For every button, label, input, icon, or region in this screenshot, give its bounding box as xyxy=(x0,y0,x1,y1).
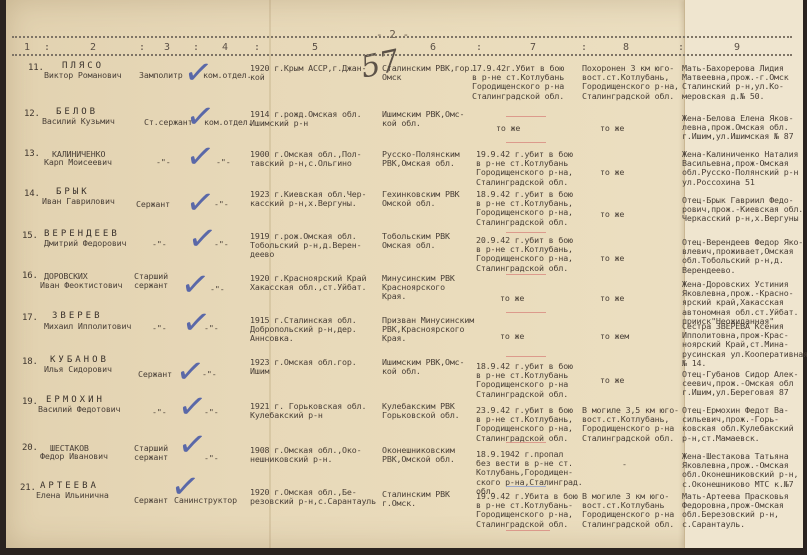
position: ком.отдел. xyxy=(203,71,251,80)
birth-info: 1920 г.Крым АССР,г.Джан- кой xyxy=(250,64,366,82)
red-underline xyxy=(506,530,550,531)
burial-place: то же xyxy=(600,294,624,303)
fate: 18.9.42 г.убит в бою в р-не ст.Котлубань… xyxy=(476,362,573,399)
given-names: Федор Иванович xyxy=(40,452,108,461)
burial-place: Похоронен 3 км юго- вост.ст.Котлубань, Г… xyxy=(582,64,679,101)
rank: -"- xyxy=(156,158,171,167)
column-number-6: 6 xyxy=(430,42,436,53)
checkmark-icon: ✓ xyxy=(184,184,217,222)
birth-info: 1919 г.рож.Омская обл. Тобольский р-н,д.… xyxy=(250,232,361,260)
birth-info: 1915 г.Сталинская обл. Добропольский р-н… xyxy=(250,316,357,344)
burial-place: то же xyxy=(600,210,624,219)
fate: 18.9.1942 г.пропал без вести в р-не ст. … xyxy=(476,450,583,496)
given-names: Василий Кузьмич xyxy=(42,117,115,126)
fate: 23.9.42 г.убит в бою в р-не ст.Котлубань… xyxy=(476,406,573,443)
next-of-kin: Мать-Артеева Прасковья Федоровна,прож-Ом… xyxy=(682,492,789,529)
given-names: Василий Федотович xyxy=(38,405,120,414)
header-rule-top xyxy=(12,36,792,38)
position: -"- xyxy=(216,158,231,167)
given-names: Михаил Ипполитович xyxy=(44,322,131,331)
birth-info: 1914 г.рожд.Омская обл. Ишимский р-н xyxy=(250,110,361,128)
draft-office: Сталинским РВК г.Омск. xyxy=(382,490,450,508)
given-names: Виктор Романович xyxy=(44,71,122,80)
given-names: Карп Моисеевич xyxy=(44,158,112,167)
next-of-kin: Отец-Губанов Сидор Алек- сеевич,прож.-Ом… xyxy=(682,370,798,398)
document-sheet: - 2 - 57 1 : 2 : 3 : 4 : 5 6 : 7 : 8 : 9… xyxy=(6,0,796,548)
draft-office: Тобольским РВК Омская обл. xyxy=(382,232,450,250)
position: -"- xyxy=(204,408,219,417)
record-number: 11. xyxy=(28,64,44,73)
fate: 17.9.42г.Убит в бою в р-не ст.Котлубань … xyxy=(472,64,564,101)
record-number: 19. xyxy=(22,398,38,407)
checkmark-icon: ✓ xyxy=(179,266,212,304)
fate: 19.9.42 г.Убита в бою в р-не ст.Котлубан… xyxy=(476,492,578,529)
rank: Сержант xyxy=(134,496,168,505)
position: Санинструктор xyxy=(174,496,237,505)
burial-place: то же xyxy=(600,376,624,385)
next-of-kin: Жена-Белова Елена Яков- левна,прож.Омска… xyxy=(682,114,793,142)
record-number: 15. xyxy=(22,232,38,241)
blue-underline xyxy=(506,486,546,487)
checkmark-icon: ✓ xyxy=(184,138,217,176)
fate: 20.9.42 г.убит в бою в р-не ст.Котлубань… xyxy=(476,236,573,273)
record-number: 16. xyxy=(22,272,38,281)
record-number: 13. xyxy=(24,150,40,159)
birth-info: 1920 г.Красноярский Край Хакасская обл.,… xyxy=(250,274,366,292)
record-number: 17. xyxy=(22,314,38,323)
column-number-1: 1 xyxy=(24,42,30,53)
rank: Старший сержант xyxy=(134,272,168,290)
column-number-5: 5 xyxy=(312,42,318,53)
red-underline xyxy=(506,442,546,443)
rank: -"- xyxy=(152,240,167,249)
draft-office: Русско-Полянским РВК,Омская обл. xyxy=(382,150,460,168)
record-number: 18. xyxy=(22,358,38,367)
column-separator: : xyxy=(44,42,50,53)
draft-office: Ишимским РВК,Омс- кой обл. xyxy=(382,110,464,128)
rank: Замполитр xyxy=(139,71,183,80)
position: -"- xyxy=(210,285,225,294)
column-separator: : xyxy=(476,42,482,53)
position: -"- xyxy=(202,370,217,379)
draft-office: Гехинковским РВК Омской обл. xyxy=(382,190,460,208)
draft-office: Сталинским РВК,гор. Омск xyxy=(382,64,474,82)
draft-office: Кулебакским РВК Горьковской обл. xyxy=(382,402,460,420)
burial-place: то же xyxy=(600,168,624,177)
position: -"- xyxy=(204,324,219,333)
fate: то же xyxy=(500,294,524,303)
header-rule-bottom xyxy=(12,54,792,56)
next-of-kin: Жена-Шестакова Татьяна Яковлевна,прож.-О… xyxy=(682,452,798,489)
next-of-kin: Мать-Бахорерова Лидия Матвеевна,прож.-г.… xyxy=(682,64,789,101)
red-underline xyxy=(506,116,546,117)
record-number: 12. xyxy=(24,110,40,119)
record-number: 14. xyxy=(24,190,40,199)
red-underline xyxy=(506,356,546,357)
burial-place: - xyxy=(622,460,627,469)
column-separator: : xyxy=(581,42,587,53)
draft-office: Оконешниковским РВК,Омской обл. xyxy=(382,446,455,464)
fate: то же xyxy=(500,332,524,341)
next-of-kin: Отец-Брык Гавриил Федо- рович,прож.-Киев… xyxy=(682,196,803,224)
birth-info: 1923 г.Киевская обл.Чер- касский р-н,х.В… xyxy=(250,190,366,208)
position: -"- xyxy=(214,200,229,209)
red-underline xyxy=(506,232,546,233)
given-names: Дмитрий Федорович xyxy=(44,239,126,248)
record-number: 21. xyxy=(20,484,36,493)
position: ком.отдел. xyxy=(204,118,252,127)
birth-info: 1923 г.Омская обл.гор. Ишим xyxy=(250,358,357,376)
next-of-kin: Отец-Ермохин Федот Ва- сильевич,прож.-Го… xyxy=(682,406,793,443)
given-names: Илья Сидорович xyxy=(44,365,112,374)
birth-info: 1900 г.Омская обл.,Пол- тавский р-н,с.Ол… xyxy=(250,150,361,168)
page-number: - 2 - xyxy=(376,28,409,41)
surname: ЗВЕРЕВ xyxy=(52,312,103,321)
draft-office: Призван Минусинским РВК,Красноярского Кр… xyxy=(382,316,474,344)
column-number-7: 7 xyxy=(530,42,536,53)
column-number-8: 8 xyxy=(623,42,629,53)
burial-place: то жем xyxy=(600,332,629,341)
column-number-2: 2 xyxy=(90,42,96,53)
red-underline xyxy=(506,312,546,313)
draft-office: Минусинским РВК Красноярского Края. xyxy=(382,274,455,302)
position: -"- xyxy=(214,240,229,249)
burial-place: В могиле 3,5 км юго- вост.ст.Котлубань, … xyxy=(582,406,679,443)
burial-place: то же xyxy=(600,254,624,263)
birth-info: 1921 г. Горьковская обл. Кулебакский р-н xyxy=(250,402,366,420)
birth-info: 1920 г.Омская обл.,Бе- резовский р-н,с.С… xyxy=(250,488,376,506)
draft-office: Ишимским РВК,Омс- кой обл. xyxy=(382,358,464,376)
rank: Сержант xyxy=(138,370,172,379)
next-of-kin: Сестра ЗВЕРЕВА Ксения Ипполитовна,прож-К… xyxy=(682,322,807,368)
rank: Сержант xyxy=(136,200,170,209)
burial-place: то же xyxy=(600,124,624,133)
position: -"- xyxy=(204,454,219,463)
red-underline xyxy=(506,142,546,143)
given-names: Иван Гаврилович xyxy=(42,197,115,206)
given-names: Елена Ильинична xyxy=(36,491,109,500)
rank: -"- xyxy=(152,324,167,333)
rank: -"- xyxy=(152,408,167,417)
given-names: Иван Феоктистович xyxy=(40,281,122,290)
fate: 18.9.42 г.убит в бою в р-не ст.Котлубань… xyxy=(476,190,573,227)
column-separator: : xyxy=(254,42,260,53)
rank: Старший сержант xyxy=(134,444,168,462)
fate: то же xyxy=(496,124,520,133)
fate: 19.9.42 г.убит в бою в р-не ст.Котлубань… xyxy=(476,150,573,187)
next-of-kin: Отец-Верендеев Федор Яко- влевич,прожива… xyxy=(682,238,803,275)
birth-info: 1908 г.Омская обл.,Око- нешниковский р-н… xyxy=(250,446,361,464)
column-number-9: 9 xyxy=(734,42,740,53)
next-of-kin: Жена-Калиниченко Наталия Васильевна,прож… xyxy=(682,150,798,187)
burial-place: В могиле 3 км юго- вост.ст.Котлубань Гор… xyxy=(582,492,674,529)
record-number: 20. xyxy=(22,444,38,453)
next-of-kin: Жена-Доровских Устиния Яковлевна,прож.-К… xyxy=(682,280,798,326)
column-separator: : xyxy=(678,42,684,53)
column-number-3: 3 xyxy=(164,42,170,53)
red-underline xyxy=(506,274,546,275)
column-number-4: 4 xyxy=(222,42,228,53)
column-separator: : xyxy=(139,42,145,53)
